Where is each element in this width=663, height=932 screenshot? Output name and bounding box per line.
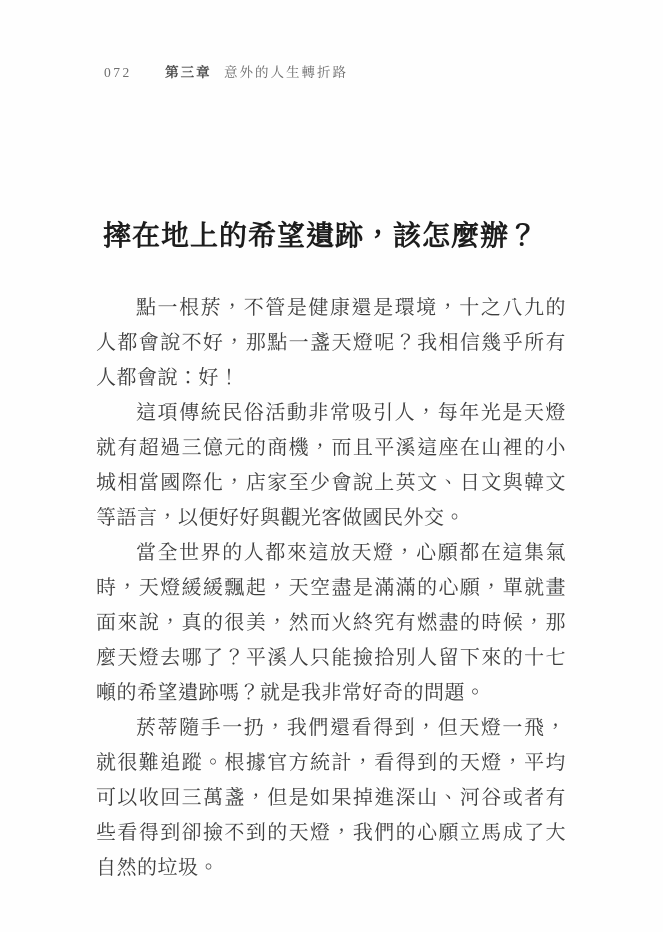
- body-paragraph-2: 這項傳統民俗活動非常吸引人，每年光是天燈就有超過三億元的商機，而且平溪這座在山裡…: [96, 396, 566, 536]
- body-paragraph-4: 菸蒂隨手一扔，我們還看得到，但天燈一飛，就很難追蹤。根據官方統計，看得到的天燈，…: [96, 711, 566, 886]
- section-title: 摔在地上的希望遺跡，該怎麼辦？: [103, 220, 538, 254]
- book-page: 072 第三章 意外的人生轉折路 摔在地上的希望遺跡，該怎麼辦？ 點一根菸，不管…: [0, 0, 663, 932]
- page-number: 072: [104, 65, 132, 80]
- chapter-title: 意外的人生轉折路: [224, 65, 348, 80]
- body-paragraph-3: 當全世界的人都來這放天燈，心願都在這集氣時，天燈緩緩飄起，天空盡是滿滿的心願，單…: [96, 536, 566, 711]
- page-header: 072 第三章 意外的人生轉折路: [104, 64, 348, 82]
- chapter-label: 第三章: [165, 65, 212, 80]
- body-text: 點一根菸，不管是健康還是環境，十之八九的人都會說不好，那點一盞天燈呢？我相信幾乎…: [96, 291, 566, 886]
- body-paragraph-1: 點一根菸，不管是健康還是環境，十之八九的人都會說不好，那點一盞天燈呢？我相信幾乎…: [96, 291, 566, 396]
